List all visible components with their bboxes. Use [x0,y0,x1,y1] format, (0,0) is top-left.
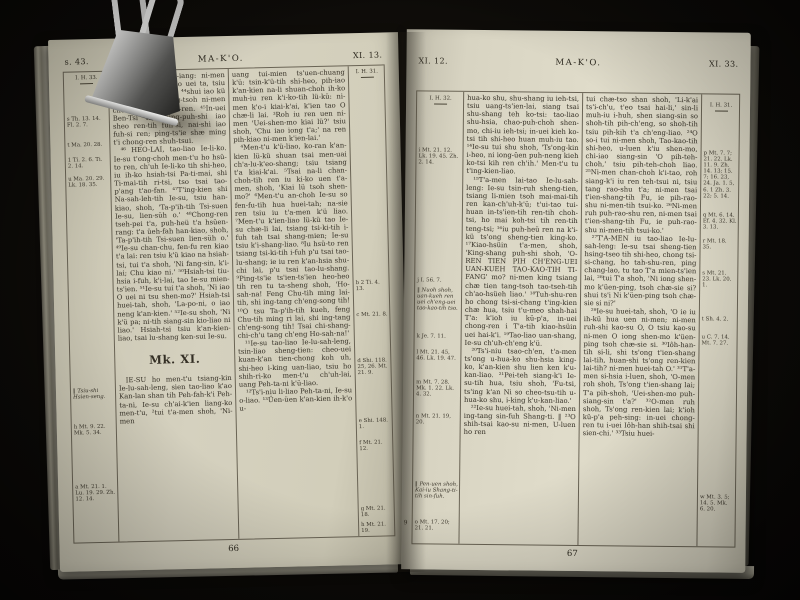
margin-reference: h Mt. 21. 19. [361,521,393,534]
margin-reference: q Mt. 6. 14. Ef. 4. 32. Kl. 3. 13. [703,212,737,231]
margin-reference: ‖ Pen-uen shoh, Kai-iu Shang-ti-tih sin-… [415,481,458,500]
scripture-paragraph: ²⁷T'A-MEN iu tao-liao Ie-lu-sah-leng: Ie… [584,234,697,309]
margin-reference: r Mt. 18. 35. [703,238,737,251]
left-column-2: uang tui-mien ts'uen-chuang k'ü: tsin-k'… [228,66,359,539]
right-text-block: I. H. 32.i Mt. 21. 12. Lk. 19. 45. Zh. 2… [411,90,740,547]
margin-reference: s Mt. 21. 23. Lk. 20. 1. [702,270,736,289]
margin-reference: n Mt. 21. 19, 20. [416,413,459,426]
margin-reference: i Mt. 21. 12. Lk. 19. 45. Zh. 2. 14. [418,147,461,166]
margin-reference: w Mt. 3. 5; 14. 5. Mk. 6. 20. [700,494,734,513]
scripture-paragraph: ²⁹Ie-su huei-tah, shoh, 'O ie iu ih-kü h… [583,307,696,439]
margin-reference: c Mt. 21. 8. [356,311,388,318]
scripture-paragraph: ¹⁵T'a-men lai-tao Ie-lu-sah-leng: Ie-su … [465,175,579,347]
margin-reference: h Mt. 9. 22. Mk. 5. 34. [74,424,115,437]
right-page-number: 67 [411,547,733,560]
right-signature-mark: 9 [404,519,408,526]
margin-reference: o Mt. 17. 20; 21. 21. [415,519,458,532]
margin-reference: l Mt. 21. 45, 46. Lk. 19. 47. [416,349,459,362]
scripture-paragraph: tui chæ-tso shan shoh, 'Li-k'ai ts'i-ch'… [585,95,698,235]
scripture-paragraph: ¹¹Ie-su tao-liao Ie-lu-sah-leng, tsin-li… [238,337,352,388]
margin-reference: I. H. 31. [704,102,738,111]
right-column-1: hua-ko shu, shu-shang iu ieh-tsi, tsiu u… [458,92,582,545]
margin-reference: t Sh. 4. 2. [702,316,736,322]
right-outer-margin-refs: I. H. 31.p Mt. 7. 7; 21. 22. Lk. 11. 9. … [696,94,739,546]
margin-reference: u Ma. 20. 29. Lk. 18. 35. [68,176,109,189]
book-page-right: XI. 12. MA-K'O. XI. 33. I. H. 32.i Mt. 2… [401,29,751,573]
scripture-paragraph: uang tui-mien ts'uen-chuang k'ü: tsin-k'… [232,68,347,144]
scripture-paragraph: ²²Ie-su huei-tah, shoh, 'Ni-men ing-tang… [464,404,576,438]
margin-reference: f Mt. 21. 12. [359,439,391,452]
margin-reference: g Mt. 21. 18. [361,505,393,518]
right-running-head: XI. 12. MA-K'O. XI. 33. [418,56,738,69]
scripture-paragraph: ⁴Men-t'u k'ü-liao, ko-ran k'an-kien lü-k… [233,142,350,340]
left-chapter-verse-ref: XI. 13. [353,50,383,60]
right-column-2: tui chæ-tso shan shoh, 'Li-k'ai ts'i-ch'… [577,93,701,546]
right-inner-margin-refs: I. H. 32.i Mt. 21. 12. Lk. 19. 45. Zh. 2… [412,91,463,543]
right-chapter-verse-ref-right: XI. 33. [709,59,739,68]
margin-reference: p Mt. 7. 7; 21. 22. Lk. 11. 9. Zh. 14. 1… [703,150,738,199]
scripture-paragraph: hua-ko shu, shu-shang iu ieh-tsi, tsiu u… [466,94,579,177]
margin-reference: a Mt. 21. 1. Lu. 19. 29. Zh. 12. 14. [75,484,116,503]
right-chapter-verse-ref-left: XI. 12. [418,56,448,65]
scripture-paragraph: ²⁰Ts'i-niu tsao-ch'en, t'a-men ts'ong u-… [464,347,577,405]
margin-reference: 1 Ti. 2. 6. Ti. 2. 14. [68,157,109,170]
margin-reference: I. H. 31. [351,68,383,78]
margin-reference: d Shi. 118. 25, 26. Mt. 21. 9. [357,357,389,376]
scripture-paragraph: ¹²Ts'i-niu li-liao Peh-ta-ni, Ie-su o-li… [239,386,353,413]
margin-reference: m Mt. 7. 28. Mk. 1. 22. Lk. 4. 32. [416,379,459,398]
margin-reference: ‖ Tsiu-shi Hsien-seng. [73,388,114,401]
chapter-heading: Mk. XI. [118,351,231,368]
margin-reference: e Shi. 148. 1. [359,417,391,430]
binder-clip [76,0,230,162]
margin-reference: b 2 Ti. 4. 13. [356,279,388,292]
left-signature-mark: s. 43. [64,57,89,67]
margin-reference: u C. 7. 14. Mt. 7. 27. [702,334,736,347]
scripture-paragraph: IE-SU ho men-t'u tsiang-kin Ie-lu-sah-le… [119,374,233,425]
left-page-number: 66 [74,540,394,557]
margin-reference: ‖ Nuoh shoh, uan-kueh ren uei ch'eng-uei… [417,287,460,312]
margin-reference: I. H. 32. [419,95,462,105]
right-book-title: MA-K'O. [555,58,601,68]
margin-reference: j I. 56. 7. [417,277,460,284]
scripture-paragraph: ⁴⁶ HEO-LAI, tao-liao Ie-li-ko. Ie-su t'o… [113,144,230,342]
margin-reference: k Je. 7. 11. [417,333,460,340]
